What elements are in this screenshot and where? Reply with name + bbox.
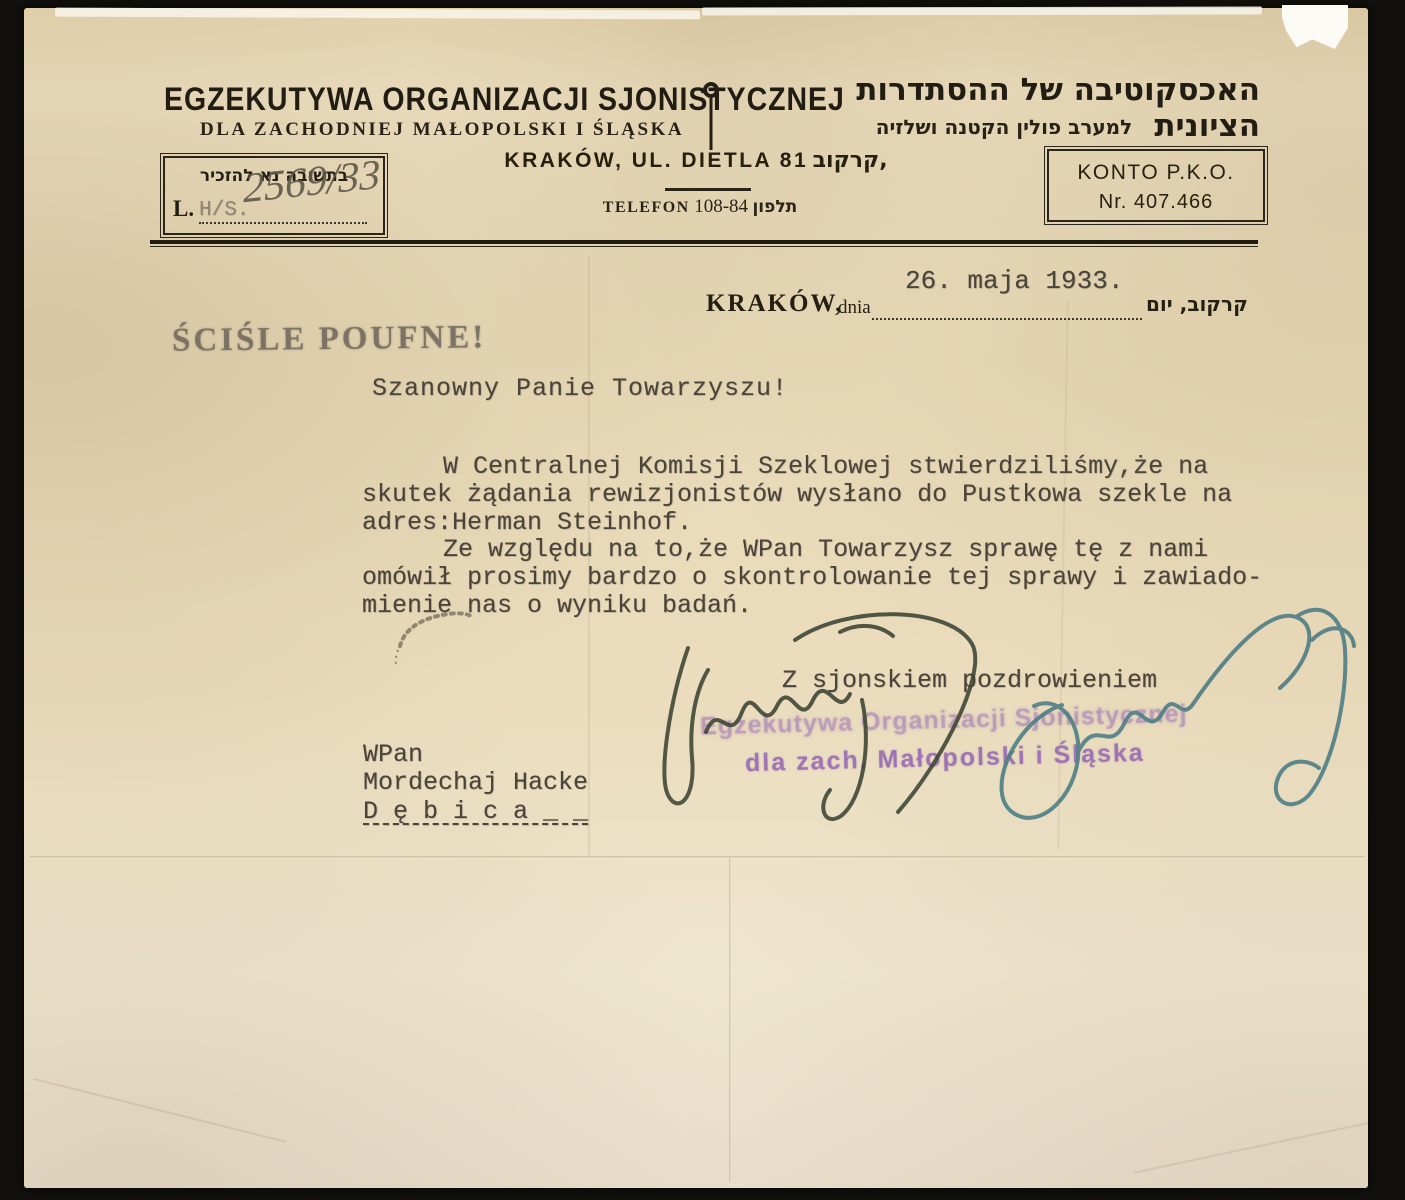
address-divider	[665, 188, 751, 191]
recipient-line3: D ę b i c a _ _	[363, 797, 588, 826]
reference-prefix: L.	[173, 196, 194, 222]
body-line: skutek żądania rewizjonistów wysłano do …	[362, 480, 1232, 509]
body-line: mienie nas o wyniku badań.	[362, 591, 752, 620]
body-line: W Centralnej Komisji Szeklowej stwierdzi…	[443, 452, 1208, 481]
recipient-line2: Mordechaj Hacke	[363, 768, 588, 797]
body-line: omówił prosimy bardzo o skontrolowanie t…	[362, 563, 1262, 592]
confidential-stamp: ŚCIŚLE POUFNE!	[172, 319, 487, 359]
address-hebrew: קרקוב,	[813, 148, 888, 173]
salutation: Szanowny Panie Towarzyszu!	[372, 374, 788, 403]
address-latin: KRAKÓW, UL. DIETLA 81	[504, 149, 808, 172]
scanned-letter: EGZEKUTYWA ORGANIZACJI SJONISTYCZNEJ DLA…	[0, 0, 1405, 1200]
dateline-dotted	[872, 300, 1142, 320]
header-rule-thin	[150, 246, 1258, 247]
telefon-number: 108-84	[694, 196, 748, 217]
dateline-hebrew: קרקוב, יום	[1146, 292, 1248, 316]
telefon-hebrew: תלפון	[752, 197, 797, 217]
header-rule	[150, 240, 1258, 244]
closing-line: Z sjonskiem pozdrowieniem	[782, 666, 1157, 695]
pin-icon	[696, 76, 726, 154]
konto-line1: KONTO P.K.O.	[1045, 161, 1267, 185]
org-name-polish: EGZEKUTYWA ORGANIZACJI SJONISTYCZNEJ	[164, 82, 845, 119]
dateline-city: KRAKÓW,	[706, 290, 843, 318]
org-region-hebrew: למערב פולין הקטנה ושלזיה	[748, 115, 1260, 139]
konto-box: KONTO P.K.O. Nr. 407.466	[1044, 146, 1268, 225]
torn-edge-top-center	[702, 7, 1262, 16]
recipient-line1: WPan	[363, 740, 423, 769]
address-line: KRAKÓW, UL. DIETLA 81 קרקוב,	[470, 148, 930, 173]
telefon-label: TELEFON	[603, 199, 690, 216]
typed-date: 26. maja 1933.	[905, 266, 1123, 296]
org-region-polish: DLA ZACHODNIEJ MAŁOPOLSKI I ŚLĄSKA	[200, 119, 684, 141]
body-line: Ze względu na to,że WPan Towarzysz spraw…	[443, 535, 1208, 564]
konto-line2: Nr. 407.466	[1045, 191, 1267, 214]
telefon-line: TELEFON 108-84 תלפון	[555, 196, 845, 218]
dateline-dnia: dnia	[838, 297, 871, 319]
body-line: adres:Herman Steinhof.	[362, 508, 692, 537]
